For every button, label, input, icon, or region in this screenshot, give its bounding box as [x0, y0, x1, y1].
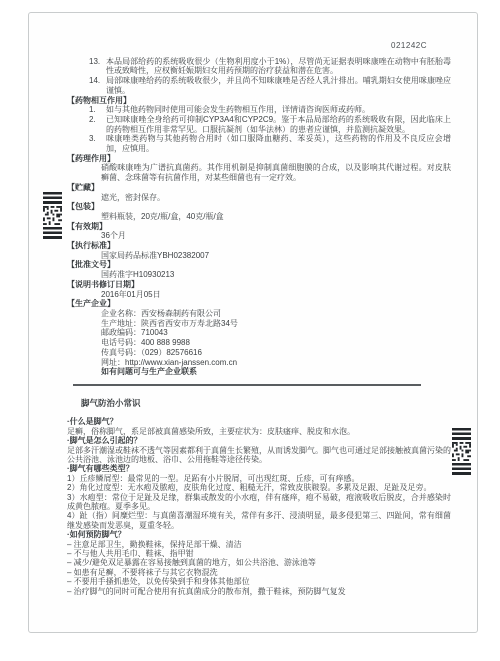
phone-number: 电话号码：400 888 9988 — [101, 338, 451, 348]
item-number: 14. — [89, 76, 106, 95]
section-title: 【有效期】 — [67, 222, 451, 232]
item-text: 局部咪康唑给药的系统吸收很少，并且尚不知咪康唑是否经人乳汁排出。哺乳期妇女使用咪… — [106, 76, 451, 95]
question-heading: ·脚气是怎么引起的？ — [67, 436, 451, 445]
barcode-bars-icon — [452, 463, 471, 476]
item-number: 13. — [89, 57, 106, 76]
item-text: 如与其他药物同时使用可能会发生药物相互作用，详情请咨询医师或药师。 — [106, 105, 451, 115]
item-number: 3. — [89, 134, 106, 153]
section-shelf-life: 【有效期】 36个月 — [67, 222, 451, 241]
fax-number: 传真号码：（029）82576616 — [101, 348, 451, 358]
section-title: 【药理作用】 — [67, 154, 451, 164]
tip-line: 4）趾（指）间糜烂型：与真菌喜潮湿环境有关，常伴有多汗、浸渍明显，最多侵犯第三、… — [67, 511, 451, 530]
barcode-bars-icon — [43, 227, 62, 240]
interaction-list: 1. 如与其他药物同时使用可能会发生药物相互作用，详情请咨询医师或药师。 2. … — [67, 105, 451, 154]
question-heading: ·脚气有哪些类型？ — [67, 464, 451, 473]
paragraph: 国家局药品标准YBH02382007 — [101, 251, 451, 261]
item-text: 已知咪康唑全身给药可抑制CYP3A4和CYP2C9。鉴于本品局部给药的系统吸收有… — [106, 115, 451, 134]
qr-code-icon — [43, 206, 62, 225]
tip-line: 3）水疱型：常位于足趾及足缘，群集或散发的小水疱，伴有瘙痒，疱不易破，疱液吸收后… — [67, 493, 451, 512]
question-heading: ·如何预防脚气？ — [67, 530, 451, 539]
tip-line: – 如患有足癣，不要将袜子与其它衣物混洗 — [67, 568, 451, 577]
numbered-item: 3. 咪康唑类药物与其他药物合用时（如口服降血糖药、苯妥英），这些药物的作用及不… — [89, 134, 451, 153]
section-title: 【药物相互作用】 — [67, 96, 451, 106]
contact-note: 如有问题可与生产企业联系 — [101, 367, 451, 377]
tip-line: – 不要用手搔抓患处，以免传染到手和身体其他部位 — [67, 577, 451, 586]
tip-line: 足癣，俗称脚气，系足部被真菌感染所致，主要症状为：皮肤瘙痒、脱皮和水泡。 — [67, 427, 451, 436]
leaflet-page: 021242C 13. 本品局部给药的系统吸收很少（生物利用度小于1%），尽管尚… — [28, 12, 478, 633]
section-packaging: 【包装】 塑料瓶装，20克/瓶/盒，40克/瓶/盒 — [67, 202, 451, 221]
registration-mark-left — [43, 192, 62, 240]
paragraph: 2016年01月05日 — [101, 290, 451, 300]
section-revision-date: 【说明书修订日期】 2016年01月05日 — [67, 280, 451, 299]
paragraph: 塑料瓶装，20克/瓶/盒，40克/瓶/盒 — [101, 212, 451, 222]
tips-section: 脚气防治小常识 ·什么是脚气？ 足癣，俗称脚气，系足部被真菌感染所致，主要症状为… — [67, 399, 451, 596]
section-divider — [73, 384, 421, 386]
website-url: 网址：http://www.xian-janssen.com.cn — [101, 358, 451, 368]
numbered-item: 14. 局部咪康唑给药的系统吸收很少，并且尚不知咪康唑是否经人乳汁排出。哺乳期妇… — [89, 76, 451, 95]
tip-line: – 不与他人共用毛巾、鞋袜、指甲钳 — [67, 549, 451, 558]
section-title: 【贮藏】 — [67, 183, 451, 193]
barcode-bars-icon — [452, 428, 471, 440]
paragraph: 36个月 — [101, 231, 451, 241]
barcode-bars-icon — [43, 192, 62, 204]
item-text: 咪康唑类药物与其他药物合用时（如口服降血糖药、苯妥英），这些药物的作用及不良反应… — [106, 134, 451, 153]
numbered-item: 13. 本品局部给药的系统吸收很少（生物利用度小于1%），尽管尚无证据表明咪康唑… — [89, 57, 451, 76]
section-title: 【生产企业】 — [67, 299, 451, 309]
manufacturer-address: 生产地址：陕西省西安市万寿北路34号 — [101, 319, 451, 329]
section-title: 【执行标准】 — [67, 241, 451, 251]
postal-code: 邮政编码：710043 — [101, 328, 451, 338]
paragraph: 硝酸咪康唑为广谱抗真菌药。其作用机制是抑制真菌细胞膜的合成，以及影响其代谢过程。… — [101, 163, 451, 182]
precautions-list: 13. 本品局部给药的系统吸收很少（生物利用度小于1%），尽管尚无证据表明咪康唑… — [67, 57, 451, 96]
tip-line: – 注意足部卫生，勤换鞋袜，保持足部干燥、清洁 — [67, 540, 451, 549]
item-number: 2. — [89, 115, 106, 134]
numbered-item: 1. 如与其他药物同时使用可能会发生药物相互作用，详情请咨询医师或药师。 — [89, 105, 451, 115]
paragraph: 国药准字H10930213 — [101, 270, 451, 280]
section-standard: 【执行标准】 国家局药品标准YBH02382007 — [67, 241, 451, 260]
section-drug-interactions: 【药物相互作用】 1. 如与其他药物同时使用可能会发生药物相互作用，详情请咨询医… — [67, 96, 451, 154]
section-approval-number: 【批准文号】 国药准字H10930213 — [67, 260, 451, 279]
item-text: 本品局部给药的系统吸收很少（生物利用度小于1%），尽管尚无证据表明咪康唑在动物中… — [106, 57, 451, 76]
section-title: 【批准文号】 — [67, 260, 451, 270]
tip-line: – 减少/避免双足暴露在容易接触到真菌的地方，如公共浴池、游泳池等 — [67, 558, 451, 567]
qr-code-icon — [452, 442, 471, 461]
section-title: 【包装】 — [67, 202, 451, 212]
numbered-item: 2. 已知咪康唑全身给药可抑制CYP3A4和CYP2C9。鉴于本品局部给药的系统… — [89, 115, 451, 134]
tip-line: – 治疗脚气的同时可配合使用有抗真菌成分的散布剂，撒于鞋袜，预防脚气复发 — [67, 587, 451, 596]
question-heading: ·什么是脚气？ — [67, 417, 451, 426]
tips-title: 脚气防治小常识 — [81, 399, 451, 408]
item-number: 1. — [89, 105, 106, 115]
tip-line: 足部多汗潮湿或鞋袜不透气等因素都利于真菌生长繁殖，从而诱发脚气。脚气也可通过足部… — [67, 446, 451, 465]
section-storage: 【贮藏】 遮光，密封保存。 — [67, 183, 451, 202]
section-manufacturer: 【生产企业】 企业名称：西安杨森制药有限公司 生产地址：陕西省西安市万寿北路34… — [67, 299, 451, 377]
print-code: 021242C — [67, 41, 451, 51]
section-title: 【说明书修订日期】 — [67, 280, 451, 290]
section-pharmacology: 【药理作用】 硝酸咪康唑为广谱抗真菌药。其作用机制是抑制真菌细胞膜的合成，以及影… — [67, 154, 451, 183]
paragraph: 遮光，密封保存。 — [101, 193, 451, 203]
tip-line: 1）丘疹鳞屑型：最常见的一型。足跖有小片脱屑，可出现红斑、丘疹，可有痒感。 — [67, 474, 451, 483]
tip-line: 2）角化过度型：无水疱及脓疱，皮肤角化过度、粗糙无汗，常致皮肤皲裂。多累及足跟、… — [67, 483, 451, 492]
manufacturer-name: 企业名称：西安杨森制药有限公司 — [101, 309, 451, 319]
registration-mark-right — [452, 428, 471, 476]
